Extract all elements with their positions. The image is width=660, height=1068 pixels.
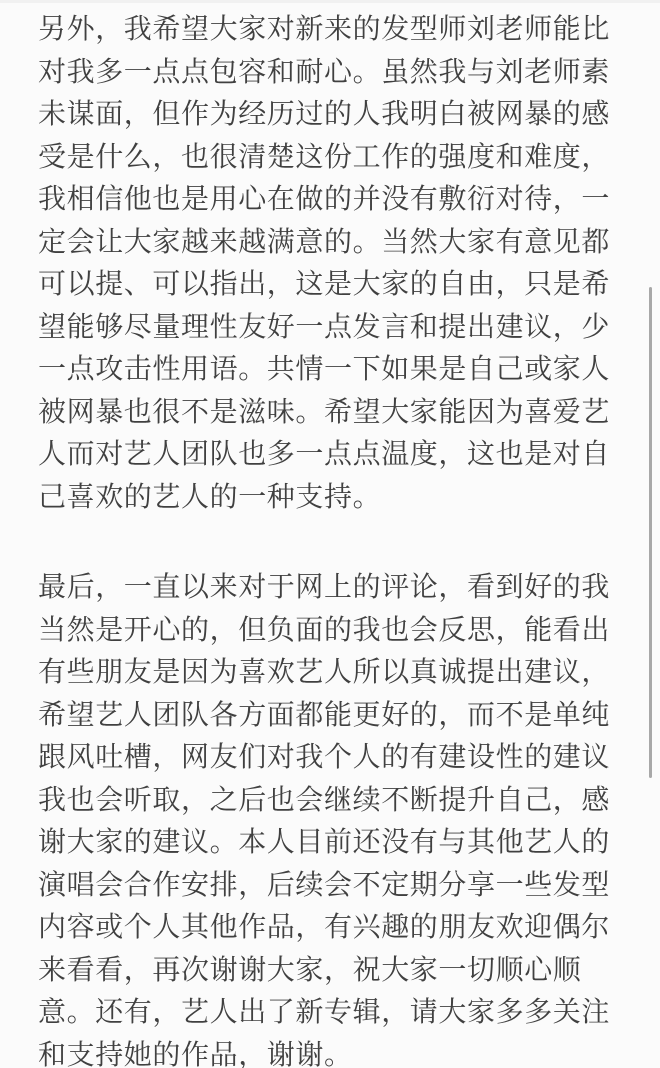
text-line: 我相信他也是用心在做的并没有敷衍对待，一 (38, 178, 616, 221)
text-line: 有些朋友是因为喜欢艺人所以真诚提出建议， (38, 651, 616, 694)
text-line: 未谋面，但作为经历过的人我明白被网暴的感 (38, 93, 616, 136)
text-line: 人而对艺人团队也多一点点温度，这也是对自 (38, 433, 616, 476)
text-line: 被网暴也很不是滋味。希望大家能因为喜爱艺 (38, 391, 616, 434)
text-document: 另外，我希望大家对新来的发型师刘老师能比 对我多一点点包容和耐心。虽然我与刘老师… (38, 8, 616, 1068)
text-line: 和支持她的作品，谢谢。 (38, 1034, 616, 1068)
paragraph-2: 最后，一直以来对于网上的评论，看到好的我 当然是开心的，但负面的我也会反思，能看… (38, 566, 616, 1068)
text-line: 己喜欢的艺人的一种支持。 (38, 476, 616, 519)
text-line: 最后，一直以来对于网上的评论，看到好的我 (38, 566, 616, 609)
text-line: 内容或个人其他作品，有兴趣的朋友欢迎偶尔 (38, 906, 616, 949)
text-line: 希望艺人团队各方面都能更好的，而不是单纯 (38, 694, 616, 737)
scan-edge-artifact (0, 0, 660, 3)
text-line: 一点攻击性用语。共情一下如果是自己或家人 (38, 348, 616, 391)
text-line: 来看看，再次谢谢大家，祝大家一切顺心顺 (38, 949, 616, 992)
text-line: 另外，我希望大家对新来的发型师刘老师能比 (38, 8, 616, 51)
text-line: 对我多一点点包容和耐心。虽然我与刘老师素 (38, 51, 616, 94)
text-line: 演唱会合作安排，后续会不定期分享一些发型 (38, 864, 616, 907)
text-line: 我也会听取，之后也会继续不断提升自己，感 (38, 779, 616, 822)
text-line: 定会让大家越来越满意的。当然大家有意见都 (38, 221, 616, 264)
text-line: 望能够尽量理性友好一点发言和提出建议，少 (38, 306, 616, 349)
text-line: 受是什么，也很清楚这份工作的强度和难度， (38, 136, 616, 179)
text-line: 当然是开心的，但负面的我也会反思，能看出 (38, 609, 616, 652)
text-line: 可以提、可以指出，这是大家的自由，只是希 (38, 263, 616, 306)
scrollbar-thumb[interactable] (649, 287, 652, 778)
text-line: 意。还有，艺人出了新专辑，请大家多多关注 (38, 991, 616, 1034)
paragraph-1: 另外，我希望大家对新来的发型师刘老师能比 对我多一点点包容和耐心。虽然我与刘老师… (38, 8, 616, 518)
text-line: 谢大家的建议。本人目前还没有与其他艺人的 (38, 821, 616, 864)
text-line: 跟风吐槽，网友们对我个人的有建设性的建议 (38, 736, 616, 779)
